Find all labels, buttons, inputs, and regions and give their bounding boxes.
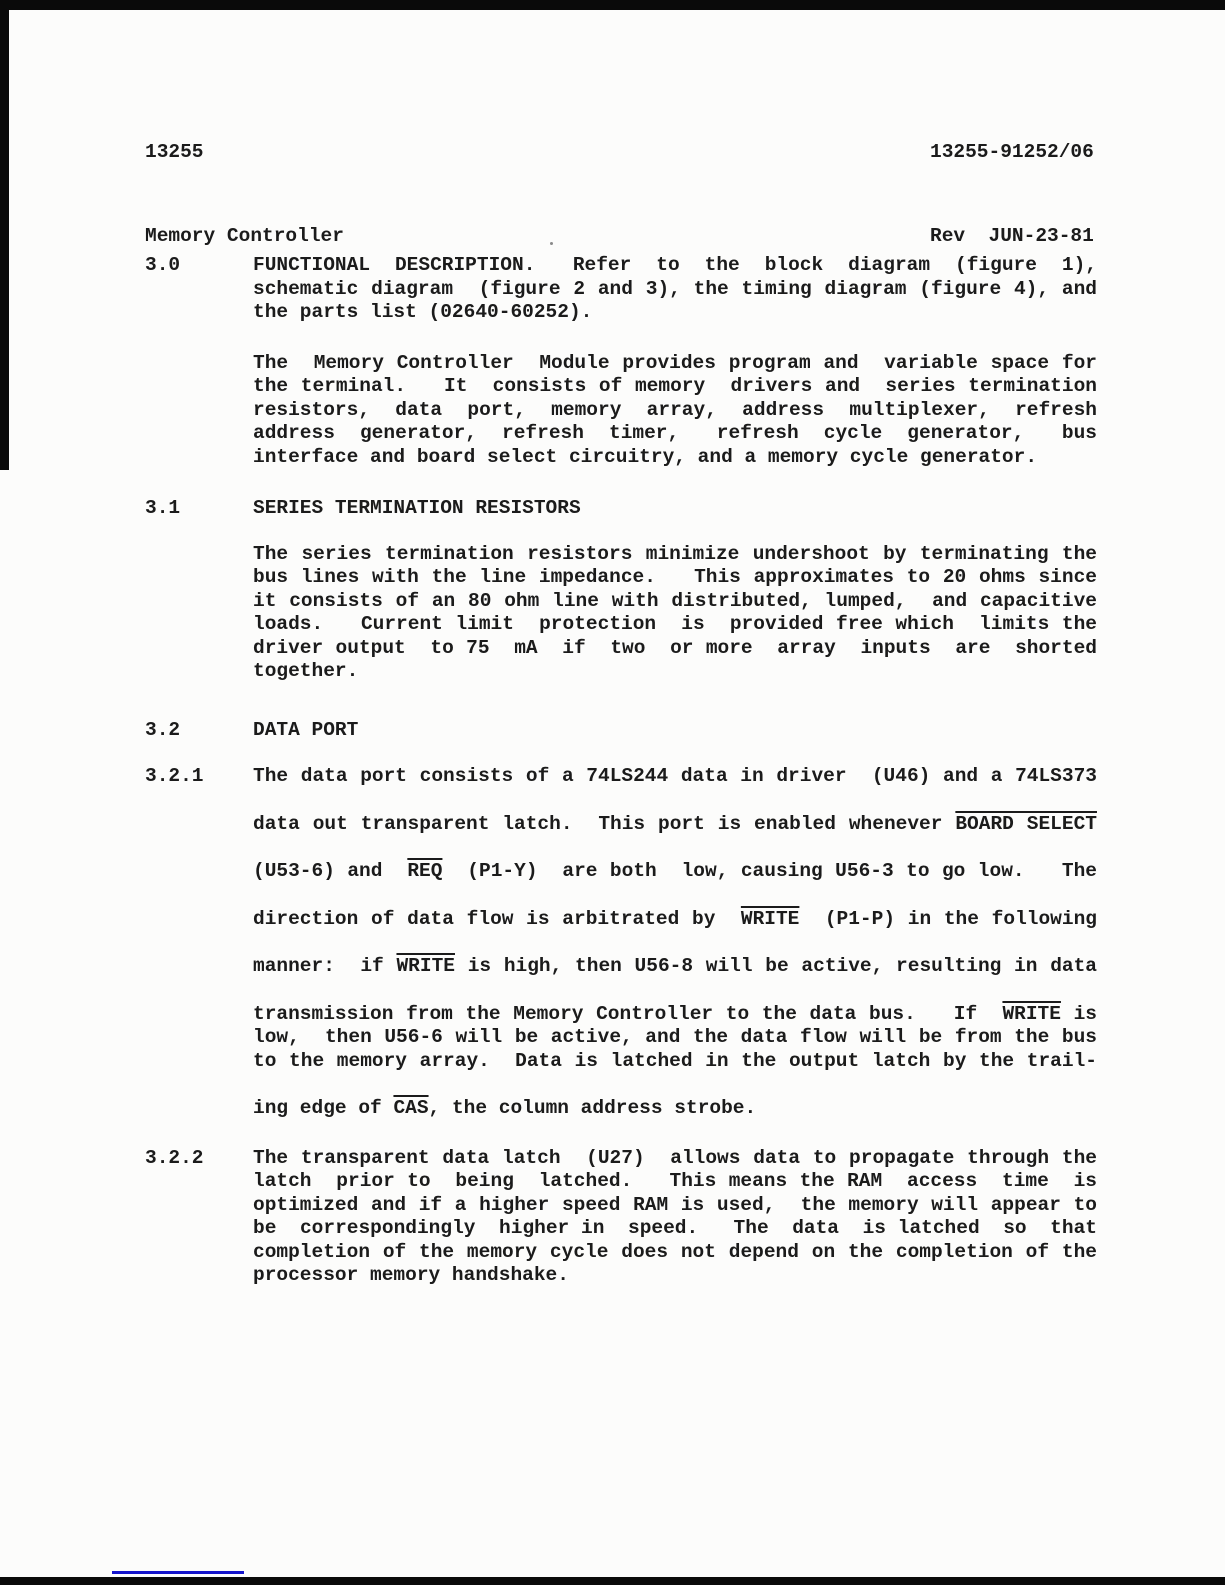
text-line: The data port consists of a 74LS244 data… — [253, 765, 1097, 789]
text-line: FUNCTIONAL DESCRIPTION. Refer to the blo… — [253, 254, 1097, 278]
overlined-signal-name: BOARD SELECT — [955, 813, 1097, 835]
section-block: 3.2.1The data port consists of a 74LS244… — [145, 765, 1097, 1121]
scan-edge-left-bar — [0, 0, 9, 470]
text-line: together. — [253, 660, 1097, 684]
section-number: 3.2 — [145, 719, 253, 743]
text-line: optimized and if a higher speed RAM is u… — [253, 1194, 1097, 1218]
text-line: it consists of an 80 ohm line with distr… — [253, 590, 1097, 614]
document-body: 3.0FUNCTIONAL DESCRIPTION. Refer to the … — [145, 254, 1097, 1288]
part-number: 13255 — [145, 138, 344, 166]
text-line: The Memory Controller Module provides pr… — [253, 352, 1097, 376]
overlined-signal-name: WRITE — [741, 908, 800, 930]
section-text: DATA PORT — [253, 719, 1097, 743]
text-line: schematic diagram (figure 2 and 3), the … — [253, 278, 1097, 302]
text-line: DATA PORT — [253, 719, 1097, 743]
overlined-signal-name: WRITE — [1002, 1003, 1061, 1025]
text-line: processor memory handshake. — [253, 1264, 1097, 1288]
text-line: The transparent data latch (U27) allows … — [253, 1147, 1097, 1171]
scan-speck — [550, 242, 553, 245]
text-line: transmission from the Memory Controller … — [253, 1003, 1097, 1027]
section-block: The series termination resistors minimiz… — [145, 543, 1097, 684]
text-line: interface and board select circuitry, an… — [253, 446, 1097, 470]
section-block: 3.2.2The transparent data latch (U27) al… — [145, 1147, 1097, 1288]
text-line: address generator, refresh timer, refres… — [253, 422, 1097, 446]
text-line: The series termination resistors minimiz… — [253, 543, 1097, 567]
section-number: 3.2.2 — [145, 1147, 253, 1171]
text-line: to the memory array. Data is latched in … — [253, 1050, 1097, 1074]
section-text: The data port consists of a 74LS244 data… — [253, 765, 1097, 1121]
product-name: Memory Controller — [145, 222, 344, 250]
text-line: manner: if WRITE is high, then U56-8 wil… — [253, 955, 1097, 979]
document-number: 13255-91252/06 — [930, 138, 1094, 166]
scan-edge-top-bar — [0, 0, 1225, 10]
text-line: completion of the memory cycle does not … — [253, 1241, 1097, 1265]
section-number: 3.2.1 — [145, 765, 253, 789]
text-line: the parts list (02640-60252). — [253, 301, 1097, 325]
text-line: be correspondingly higher in speed. The … — [253, 1217, 1097, 1241]
section-number: 3.1 — [145, 497, 253, 521]
section-text: The transparent data latch (U27) allows … — [253, 1147, 1097, 1288]
section-block: 3.1SERIES TERMINATION RESISTORS — [145, 497, 1097, 521]
section-block: 3.0FUNCTIONAL DESCRIPTION. Refer to the … — [145, 254, 1097, 325]
section-text: The series termination resistors minimiz… — [253, 543, 1097, 684]
revision-date: Rev JUN-23-81 — [930, 222, 1094, 250]
section-block: 3.2DATA PORT — [145, 719, 1097, 743]
text-line: the terminal. It consists of memory driv… — [253, 375, 1097, 399]
text-line: direction of data flow is arbitrated by … — [253, 908, 1097, 932]
text-line: SERIES TERMINATION RESISTORS — [253, 497, 1097, 521]
section-block: The Memory Controller Module provides pr… — [145, 352, 1097, 470]
text-line: ing edge of CAS, the column address stro… — [253, 1097, 1097, 1121]
section-text: SERIES TERMINATION RESISTORS — [253, 497, 1097, 521]
text-line: resistors, data port, memory array, addr… — [253, 399, 1097, 423]
overlined-signal-name: REQ — [407, 860, 442, 882]
text-line: driver output to 75 mA if two or more ar… — [253, 637, 1097, 661]
section-number: 3.0 — [145, 254, 253, 278]
text-line: (U53-6) and REQ (P1-Y) are both low, cau… — [253, 860, 1097, 884]
section-text: FUNCTIONAL DESCRIPTION. Refer to the blo… — [253, 254, 1097, 325]
document-page: 13255 Memory Controller 13255-91252/06 R… — [0, 0, 1225, 1585]
text-line: latch prior to being latched. This means… — [253, 1170, 1097, 1194]
text-line: data out transparent latch. This port is… — [253, 813, 1097, 837]
overlined-signal-name: WRITE — [396, 955, 455, 977]
text-line: bus lines with the line impedance. This … — [253, 566, 1097, 590]
blue-underline-mark — [112, 1571, 244, 1574]
scan-edge-bottom-bar — [0, 1577, 1225, 1585]
overlined-signal-name: CAS — [393, 1097, 428, 1119]
text-line: low, then U56-6 will be active, and the … — [253, 1026, 1097, 1050]
section-text: The Memory Controller Module provides pr… — [253, 352, 1097, 470]
text-line: loads. Current limit protection is provi… — [253, 613, 1097, 637]
